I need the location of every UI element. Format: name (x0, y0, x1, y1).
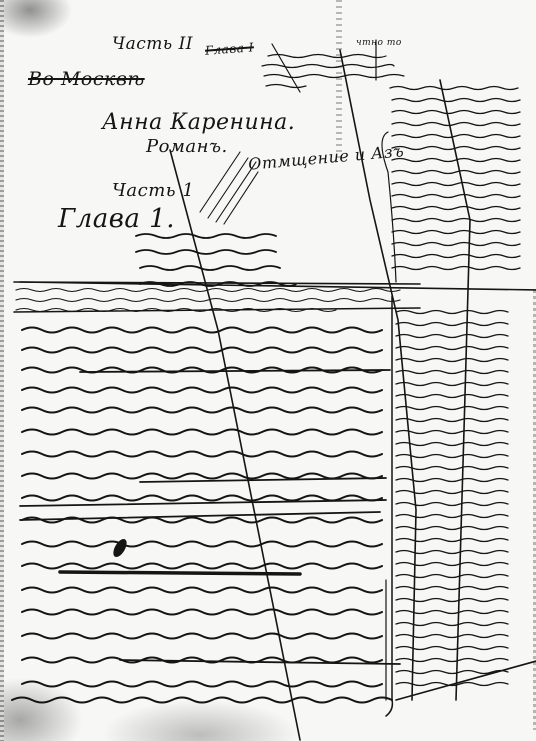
manuscript-page: Часть II Глава I Во Москвѣ Анна Каренина… (0, 0, 536, 741)
handwriting-strokes (0, 0, 536, 741)
